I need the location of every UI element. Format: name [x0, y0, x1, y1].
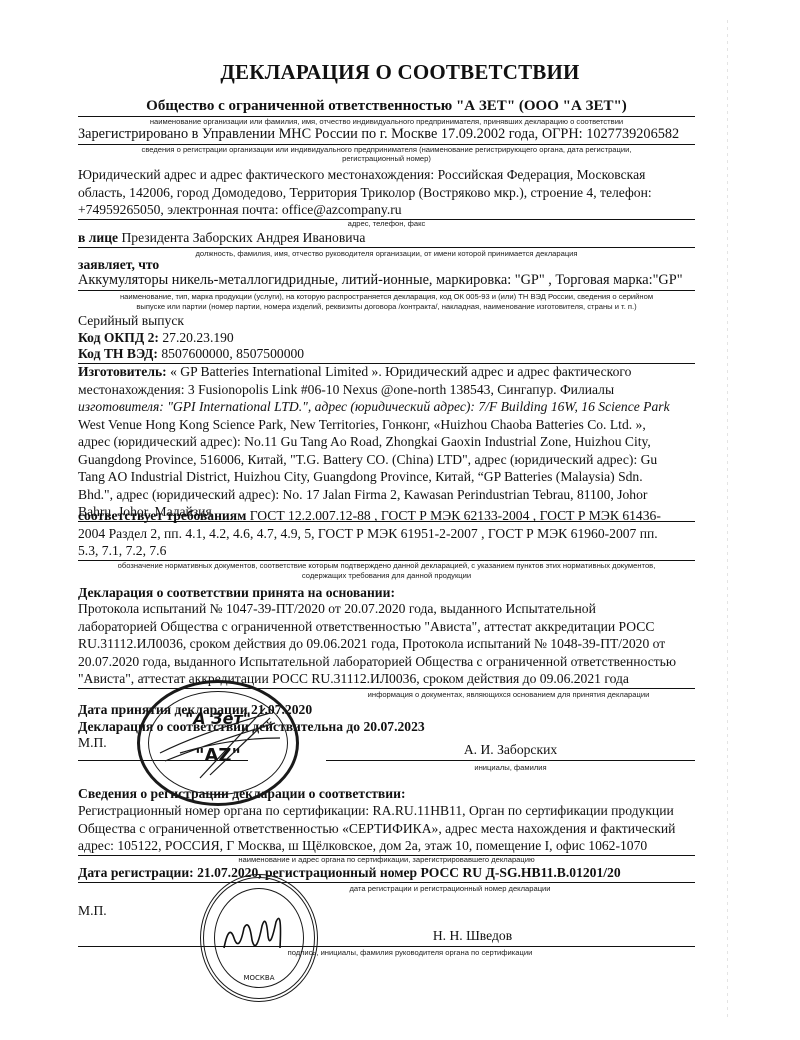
address-line: +74959265050, электронная почта: office@… — [78, 201, 695, 220]
basis-heading: Декларация о соответствии принята на осн… — [78, 584, 695, 602]
basis-line: RU.31112.ИЛ0036, сроком действия до 09.0… — [78, 635, 695, 653]
stamp-signature-icon — [140, 683, 296, 803]
registration-line: Общества с ограниченной ответственностью… — [78, 820, 695, 838]
manufacturer-block: Изготовитель: « GP Batteries Internation… — [78, 363, 695, 522]
represented-by: в лице Президента Заборских Андрея Ивано… — [78, 229, 695, 248]
product-caption-1: наименование, тип, марка продукции (услу… — [78, 292, 695, 302]
product-description: Аккумуляторы никель-металлогидридные, ли… — [78, 272, 695, 291]
basis-line: Протокола испытаний № 1047-39-ПТ/2020 от… — [78, 600, 695, 618]
represented-label: в лице — [78, 230, 118, 245]
compliance-line: 5.3, 7.1, 7.2, 7.6 — [78, 542, 695, 561]
basis-line: лабораторией Общества с ограниченной отв… — [78, 618, 695, 636]
signer-name-1: А. И. Заборских — [326, 742, 695, 758]
okpd-code: Код ОКПД 2: 27.20.23.190 — [78, 329, 695, 347]
registration-caption-2: регистрационный номер) — [78, 154, 695, 164]
address-caption: адрес, телефон, факс — [78, 219, 695, 229]
applicant-name: Общество с ограниченной ответственностью… — [78, 98, 695, 117]
applicant-registration: Зарегистрировано в Управлении МНС России… — [78, 126, 695, 145]
scan-artifact — [727, 20, 728, 1020]
product-caption-2: выпуске или партии (номер партии, номера… — [78, 302, 695, 312]
registration-line: адрес: 105122, РОССИЯ, Г Москва, ш Щёлко… — [78, 837, 695, 856]
compliance-line: соответствует требованиям ГОСТ 12.2.007.… — [78, 507, 695, 525]
address-line: Юридический адрес и адрес фактического м… — [78, 166, 695, 184]
manufacturer-line: Изготовитель: « GP Batteries Internation… — [78, 363, 695, 381]
certification-stamp: МОСКВА — [200, 874, 318, 1002]
manufacturer-line: изготовителя: "GPI International LTD.", … — [78, 398, 695, 416]
signature-icon — [204, 878, 314, 998]
okpd-value: 27.20.23.190 — [162, 330, 233, 345]
signer-line-1 — [326, 760, 695, 761]
okpd-label: Код ОКПД 2: — [78, 330, 159, 345]
compliance-block: соответствует требованиям ГОСТ 12.2.007.… — [78, 507, 695, 561]
basis-line: 20.07.2020 года, выданного Испытательной… — [78, 653, 695, 671]
tnved-code: Код ТН ВЭД: 8507600000, 8507500000 — [78, 345, 695, 364]
manufacturer-line: Bhd.", адрес (юридический адрес): No. 17… — [78, 486, 695, 504]
company-stamp: "А Зет" "AZ" — [137, 680, 299, 806]
represented-value: Президента Заборских Андрея Ивановича — [121, 230, 365, 245]
compliance-caption-1: обозначение нормативных документов, соот… — [78, 561, 695, 571]
manufacturer-line: West Venue Hong Kong Science Park, New T… — [78, 416, 695, 434]
compliance-line: 2004 Раздел 2, пп. 4.1, 4.2, 4.6, 4.7, 4… — [78, 525, 695, 543]
declares-label: заявляет, что — [78, 256, 695, 274]
tnved-value: 8507600000, 8507500000 — [161, 346, 304, 361]
document-title: ДЕКЛАРАЦИЯ О СООТВЕТСТВИИ — [0, 60, 800, 85]
valid-until-value: 20.07.2023 — [364, 719, 425, 734]
manufacturer-label: Изготовитель: — [78, 364, 167, 379]
signer-caption-1: инициалы, фамилия — [326, 763, 695, 773]
declaration-page: ДЕКЛАРАЦИЯ О СООТВЕТСТВИИ Общество с огр… — [0, 0, 800, 1040]
registration-line: Регистрационный номер органа по сертифик… — [78, 802, 695, 820]
signer-line-2 — [78, 946, 695, 947]
registration-number: Дата регистрации: 21.07.2020, регистраци… — [78, 864, 695, 883]
manufacturer-line: адрес (юридический адрес): No.11 Gu Tang… — [78, 433, 695, 451]
compliance-caption-2: содержащих требования для данной продукц… — [78, 571, 695, 581]
tnved-label: Код ТН ВЭД: — [78, 346, 158, 361]
applicant-address: Юридический адрес и адрес фактического м… — [78, 166, 695, 220]
basis-block: Протокола испытаний № 1047-39-ПТ/2020 от… — [78, 600, 695, 689]
address-line: область, 142006, город Домодедово, Терри… — [78, 184, 695, 202]
manufacturer-line: Tang AO Industrial District, Huizhou Cit… — [78, 468, 695, 486]
manufacturer-line: местонахождения: 3 Fusionopolis Link #06… — [78, 381, 695, 399]
seal-place-2: М.П. — [78, 902, 695, 920]
manufacturer-line: Guangdong Province, 516006, Китай, "T.G.… — [78, 451, 695, 469]
registration-block: Регистрационный номер органа по сертифик… — [78, 802, 695, 856]
serial-release: Серийный выпуск — [78, 312, 695, 330]
compliance-label: соответствует требованиям — [78, 508, 246, 523]
